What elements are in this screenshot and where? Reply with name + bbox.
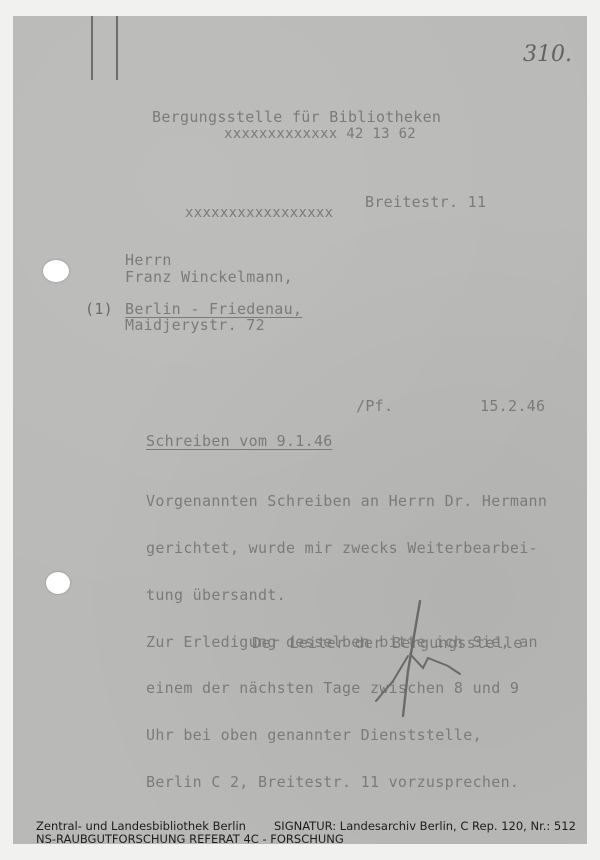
body-line: einem der nächsten Tage zwischen 8 und 9 xyxy=(146,681,547,697)
recipient-street: Maidjerystr. 72 xyxy=(125,316,265,334)
punch-hole-top xyxy=(43,260,69,282)
body-line: gerichtet, wurde mir zwecks Weiterbearbe… xyxy=(146,541,547,557)
sender-street: Breitestr. 11 xyxy=(365,193,486,211)
letterhead-phone: xxxxxxxxxxxxx 42 13 62 xyxy=(224,126,416,142)
punch-hole-bottom xyxy=(46,572,70,594)
letter-subject: Schreiben vom 9.1.46 xyxy=(146,432,333,450)
scanned-document-page: 310. Bergungsstelle für Bibliotheken xxx… xyxy=(13,16,587,844)
archive-footer-project: NS-RAUBGUTFORSCHUNG REFERAT 4C - FORSCHU… xyxy=(36,833,344,846)
body-line: Uhr bei oben genannter Dienststelle, xyxy=(146,728,547,744)
recipient-salutation: Herrn xyxy=(125,251,172,269)
handwritten-page-number: 310. xyxy=(523,42,572,67)
sender-struck-out: xxxxxxxxxxxxxxxxx xyxy=(185,205,333,221)
reference-code: /Pf. xyxy=(356,397,393,415)
binding-line-left xyxy=(91,16,93,80)
body-line: Berlin C 2, Breitestr. 11 vorzusprechen. xyxy=(146,775,547,791)
letterhead-organization: Bergungsstelle für Bibliotheken xyxy=(152,108,441,126)
recipient-postal-code: (1) xyxy=(85,300,113,318)
letter-date: 15.2.46 xyxy=(480,397,545,415)
binding-line-right xyxy=(116,16,118,80)
body-line: Vorgenannten Schreiben an Herrn Dr. Herm… xyxy=(146,494,547,510)
recipient-name: Franz Winckelmann, xyxy=(125,268,293,286)
handwritten-signature xyxy=(368,596,478,726)
body-line: tung übersandt. xyxy=(146,588,547,604)
